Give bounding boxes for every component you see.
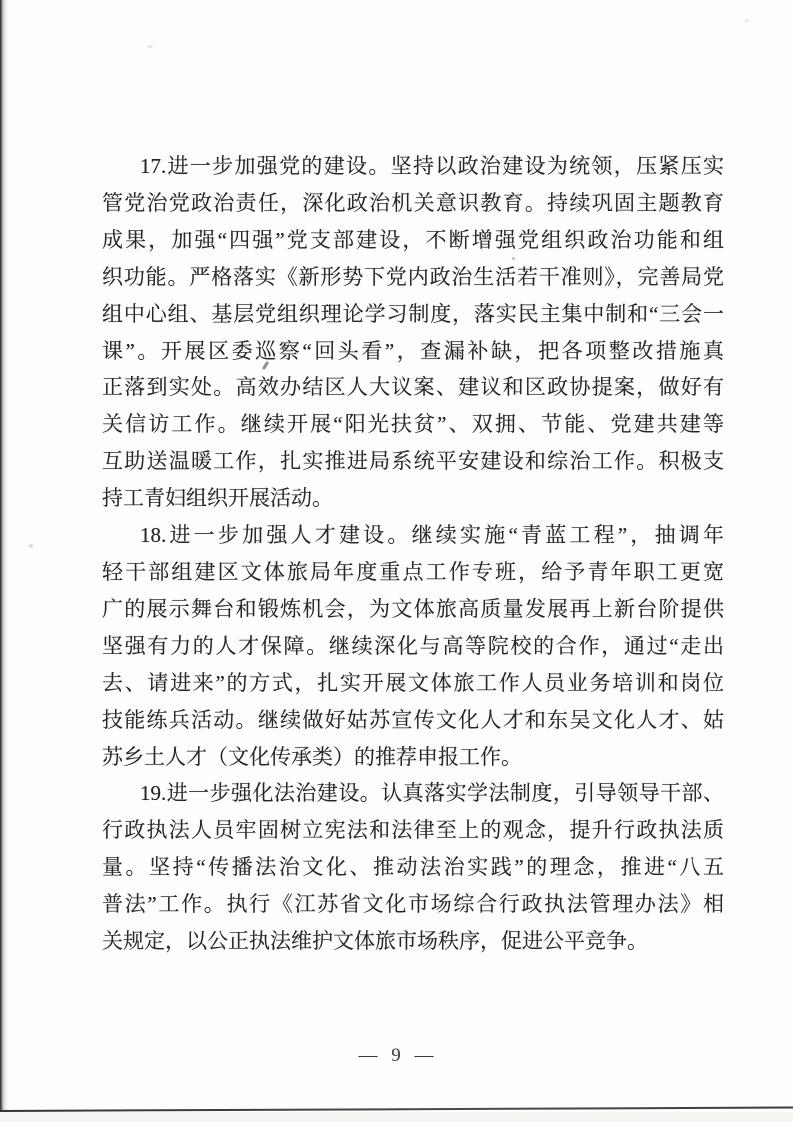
- text-line: 课”。开展区委巡察“回头看”，查漏补缺，把各项整改措施真: [102, 333, 724, 370]
- text-line: 织功能。严格落实《新形势下党内政治生活若干准则》，完善局党: [102, 259, 724, 296]
- text-line: 17.进一步加强党的建设。坚持以政治建设为统领，压紧压实: [102, 148, 724, 185]
- text-line: 关信访工作。继续开展“阳光扶贫”、双拥、节能、党建共建等: [102, 406, 724, 443]
- text-line: 苏乡土人才（文化传承类）的推荐申报工作。: [102, 739, 724, 776]
- scan-speck: [29, 544, 33, 548]
- text-line: 18.进一步加强人才建设。继续实施“青蓝工程”，抽调年: [102, 517, 724, 554]
- text-line: 组中心组、基层党组织理论学习制度，落实民主集中制和“三会一: [102, 296, 724, 333]
- text-line: 普法”工作。执行《江苏省文化市场综合行政执法管理办法》相: [102, 886, 724, 923]
- text-line: 广的展示舞台和锻炼机会，为文体旅高质量发展再上新台阶提供: [102, 591, 724, 628]
- text-line: 关规定，以公正执法维护文体旅市场秩序，促进公平竞争。: [102, 923, 724, 960]
- text-line: 成果，加强“四强”党支部建设，不断增强党组织政治功能和组: [102, 222, 724, 259]
- text-line: 行政执法人员牢固树立宪法和法律至上的观念，提升行政执法质: [102, 812, 724, 849]
- text-line: 互助送温暖工作，扎实推进局系统平安建设和综治工作。积极支: [102, 443, 724, 480]
- text-line: 管党治党政治责任，深化政治机关意识教育。持续巩固主题教育: [102, 185, 724, 222]
- text-line: 19.进一步强化法治建设。认真落实学法制度，引导领导干部、: [102, 775, 724, 812]
- scan-speck: [512, 257, 515, 260]
- text-line: 技能练兵活动。继续做好姑苏宣传文化人才和东吴文化人才、姑: [102, 702, 724, 739]
- page-number: — 9 —: [0, 1045, 793, 1067]
- text-line: 轻干部组建区文体旅局年度重点工作专班，给予青年职工更宽: [102, 554, 724, 591]
- text-line: 去、请进来”的方式，扎实开展文体旅工作人员业务培训和岗位: [102, 665, 724, 702]
- document-body: 17.进一步加强党的建设。坚持以政治建设为统领，压紧压实管党治党政治责任，深化政…: [102, 148, 724, 960]
- text-line: 持工青妇组织开展活动。: [102, 480, 724, 517]
- scan-left-edge: [0, 0, 8, 1122]
- scan-speck: [362, 572, 365, 575]
- scan-speck: [745, 19, 749, 22]
- text-line: 坚强有力的人才保障。继续深化与高等院校的合作，通过“走出: [102, 628, 724, 665]
- text-line: 量。坚持“传播法治文化、推动法治实践”的理念，推进“八五: [102, 849, 724, 886]
- scan-speck: [147, 45, 153, 48]
- scan-below-edge-area: [0, 1112, 793, 1122]
- scanned-page: 17.进一步加强党的建设。坚持以政治建设为统领，压紧压实管党治党政治责任，深化政…: [0, 0, 793, 1122]
- text-line: 正落到实处。高效办结区人大议案、建议和区政协提案，做好有: [102, 369, 724, 406]
